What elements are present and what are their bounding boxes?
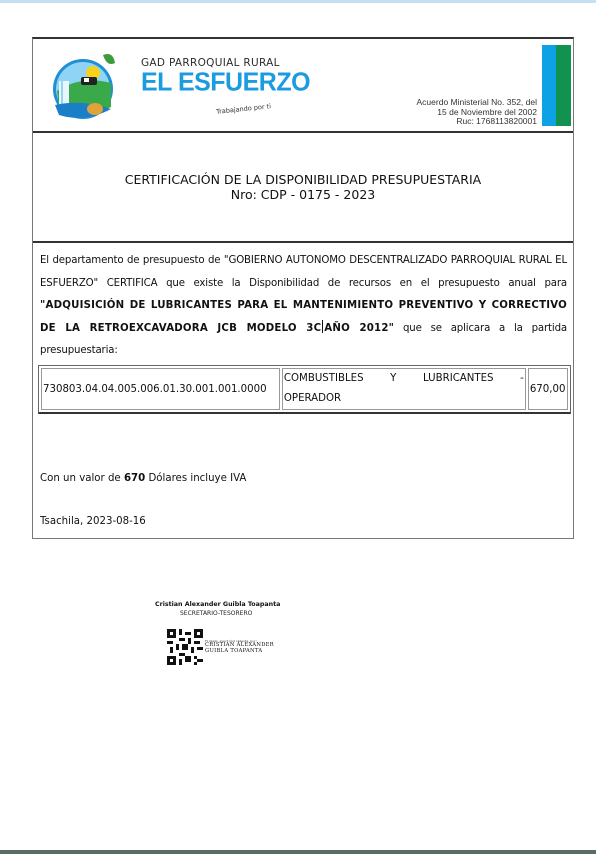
page-bottom-strip	[0, 850, 596, 854]
org-tagline: Trabajando por ti	[216, 102, 272, 116]
page-top-strip	[0, 0, 596, 3]
qr-code-icon	[167, 628, 203, 666]
signer-role: SECRETARIO-TESORERO	[180, 610, 252, 617]
table-row: 730803.04.04.005.006.01.30.001.001.0000 …	[41, 368, 568, 410]
flag-stripe-blue	[542, 45, 556, 126]
intro-text: El departamento de presupuesto de "GOBIE…	[40, 255, 567, 289]
signer-name: Cristian Alexander Guibla Toapanta	[155, 601, 280, 608]
certificate-body: El departamento de presupuesto de "GOBIE…	[33, 243, 573, 539]
place-date: Tsachila, 2023-08-16	[40, 515, 146, 529]
title-main: CERTIFICACIÓN DE LA DISPONIBILIDAD PRESU…	[125, 172, 482, 187]
budget-line-table: 730803.04.04.005.006.01.30.001.001.0000 …	[38, 365, 571, 414]
value-statement: Con un valor de 670 Dólares incluye IVA	[40, 472, 246, 486]
org-name-line2: EL ESFUERZO	[141, 68, 310, 95]
budget-description: COMBUSTIBLES Y LUBRICANTES - OPERADOR	[282, 368, 526, 410]
title-number: Nro: CDP - 0175 - 2023	[231, 187, 375, 202]
value-prefix: Con un valor de	[40, 473, 124, 484]
certificate-document: GAD PARROQUIAL RURAL EL ESFUERZO Trabaja…	[32, 37, 574, 539]
document-header: GAD PARROQUIAL RURAL EL ESFUERZO Trabaja…	[33, 39, 573, 133]
flag-icon	[542, 45, 571, 126]
certification-paragraph: El departamento de presupuesto de "GOBIE…	[40, 250, 567, 363]
purchase-object-year: AÑO 2012"	[324, 323, 394, 334]
budget-description-line1: COMBUSTIBLES Y LUBRICANTES -	[284, 369, 524, 389]
budget-code: 730803.04.04.005.006.01.30.001.001.0000	[41, 368, 280, 410]
budget-description-line2: OPERADOR	[284, 389, 524, 409]
certificate-title: CERTIFICACIÓN DE LA DISPONIBILIDAD PRESU…	[33, 133, 573, 243]
value-amount: 670	[124, 473, 145, 484]
signed-name-line2: GUIBLA TOAPANTA	[205, 649, 274, 655]
org-name: GAD PARROQUIAL RURAL EL ESFUERZO	[141, 57, 310, 95]
flag-stripe-green	[556, 45, 571, 126]
legal-line: Ruc: 1768113820001	[417, 117, 537, 127]
parish-logo-icon	[51, 47, 121, 125]
budget-amount: 670,00	[528, 368, 568, 410]
signed-by-name: CRISTIAN ALEXANDER GUIBLA TOAPANTA	[205, 643, 274, 654]
value-suffix: Dólares incluye IVA	[145, 473, 246, 484]
legal-info: Acuerdo Ministerial No. 352, del 15 de N…	[417, 98, 537, 127]
